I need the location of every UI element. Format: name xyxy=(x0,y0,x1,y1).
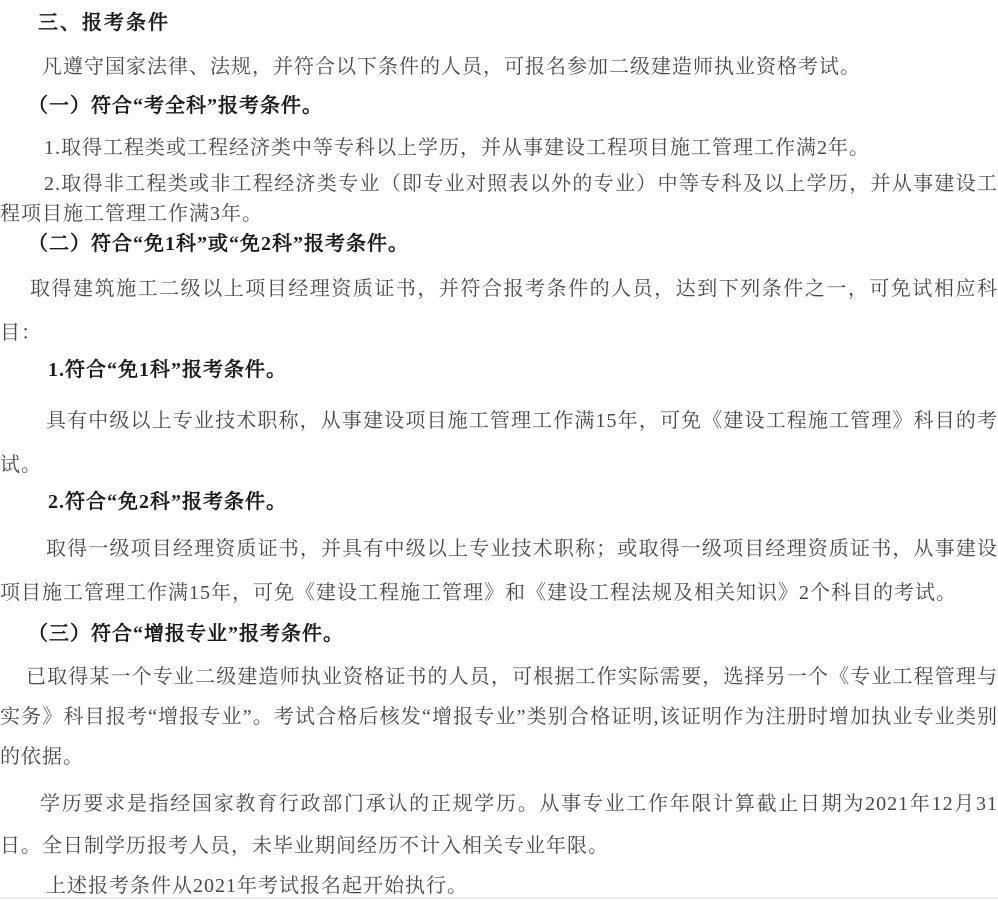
full-exam-condition-1: 1.取得工程类或工程经济类中等专科以上学历，并从事建设工程项目施工管理工作满2年… xyxy=(0,133,998,163)
exempt-1-body: 具有中级以上专业技术职称，从事建设项目施工管理工作满15年，可免《建设工程施工管… xyxy=(0,399,998,487)
section-2-heading: （二）符合“免1科”或“免2科”报考条件。 xyxy=(0,229,998,259)
section-3-heading: （三）符合“增报专业”报考条件。 xyxy=(0,619,998,649)
section-3-body: 已取得某一个专业二级建造师执业资格证书的人员，可根据工作实际需要，选择另一个《专… xyxy=(0,657,998,777)
exempt-2-body: 取得一级项目经理资质证书，并具有中级以上专业技术职称；或取得一级项目经理资质证书… xyxy=(0,527,998,615)
section-2-intro: 取得建筑施工二级以上项目经理资质证书，并符合报考条件的人员，达到下列条件之一，可… xyxy=(0,267,998,355)
exempt-1-heading: 1.符合“免1科”报考条件。 xyxy=(0,355,998,385)
document-page: 三、报考条件 凡遵守国家法律、法规，并符合以下条件的人员，可报名参加二级建造师执… xyxy=(0,0,998,901)
document-title: 三、报考条件 xyxy=(0,8,998,38)
section-1-heading: （一）符合“考全科”报考条件。 xyxy=(0,91,998,121)
full-exam-condition-2: 2.取得非工程类或非工程经济类专业（即专业对照表以外的专业）中等专科及以上学历，… xyxy=(0,169,998,229)
exempt-2-heading: 2.符合“免2科”报考条件。 xyxy=(0,487,998,517)
bottom-divider xyxy=(0,897,998,899)
education-note-paragraph: 学历要求是指经国家教育行政部门承认的正规学历。从事专业工作年限计算截止日期为20… xyxy=(0,783,998,867)
intro-paragraph: 凡遵守国家法律、法规，并符合以下条件的人员，可报名参加二级建造师执业资格考试。 xyxy=(0,52,998,82)
